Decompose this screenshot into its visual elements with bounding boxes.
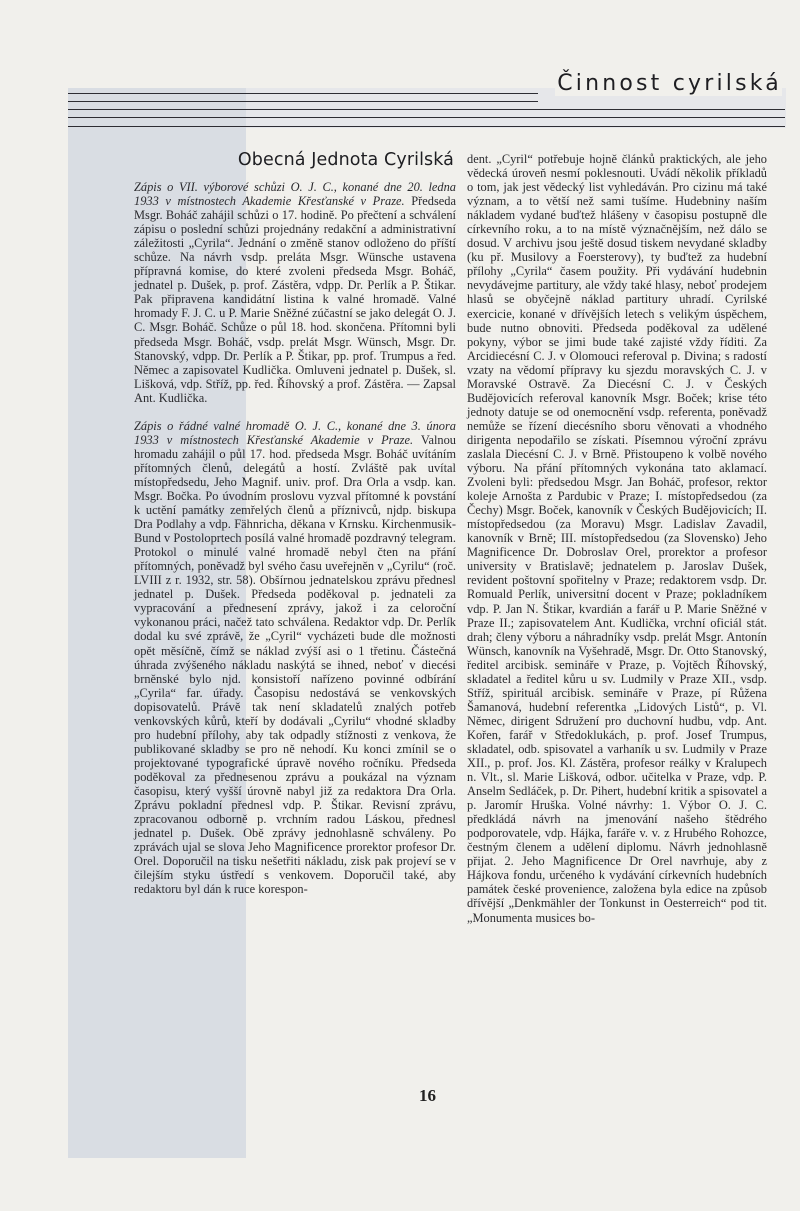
header-rule-4 (68, 117, 785, 118)
left-column: Zápis o VII. výborové schůzi O. J. C., k… (134, 180, 456, 896)
right-column: dent. „Cyril“ potřebuje hojně článků pra… (467, 152, 767, 925)
article-title: Obecná Jednota Cyrilská (198, 150, 454, 170)
section-title: Činnost cyrilská (555, 71, 782, 96)
paragraph-body: Předseda Msgr. Boháč zahájil schůzi o 17… (134, 194, 456, 405)
header-rule-5 (68, 126, 785, 127)
paragraph-lead: Zápis o řádné valné hromadě O. J. C., ko… (134, 419, 456, 447)
header-rule-1 (68, 93, 538, 94)
paragraph-minutes-committee: Zápis o VII. výborové schůzi O. J. C., k… (134, 180, 456, 405)
magazine-page: Činnost cyrilská Obecná Jednota Cyrilská… (0, 0, 800, 1211)
paragraph-body: Valnou hromadu zahájil o půl 17. hod. př… (134, 433, 456, 897)
header-rule-3 (68, 109, 785, 110)
page-number: 16 (419, 1086, 436, 1106)
paragraph-continuation: dent. „Cyril“ potřebuje hojně článků pra… (467, 152, 767, 925)
header-rule-2 (68, 101, 538, 102)
paragraph-minutes-general-assembly: Zápis o řádné valné hromadě O. J. C., ko… (134, 419, 456, 897)
